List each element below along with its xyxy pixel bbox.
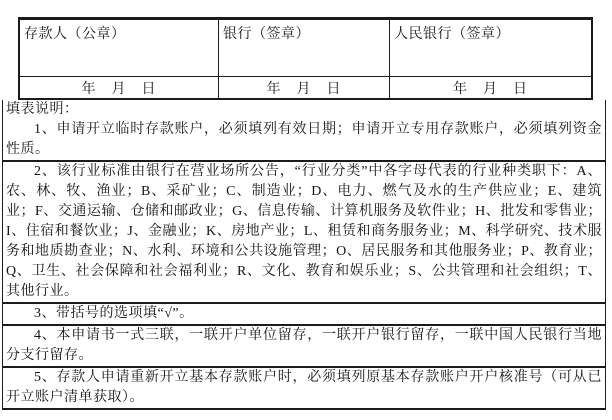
instructions-row-3: 3、带括号的选项填“√”。 — [3, 302, 605, 324]
instructions-title: 填表说明： — [6, 100, 602, 120]
signature-col-depositor: 存款人（公章） 年 月 日 — [20, 20, 219, 98]
instructions-row-4: 4、本申请书一式三联，一联开户单位留存，一联开户银行留存，一联中国人民银行当地分… — [3, 324, 605, 366]
bank-account-application-form: 存款人（公章） 年 月 日 银行（签章） 年 月 日 人民银行（签章） 年 月 … — [0, 0, 612, 420]
bank-date-cell: 年 月 日 — [219, 77, 389, 98]
instructions-row-5: 5、存款人申请重新开立基本存款账户时，必须填列原基本存款账户开户核准号（可从已开… — [3, 366, 605, 408]
signature-col-pboc: 人民银行（签章） 年 月 日 — [390, 20, 591, 98]
instructions-row-1: 填表说明： 1、申请开立临时存款账户，必须填列有效日期；申请开立专用存款账户，必… — [3, 100, 605, 160]
instruction-item-4: 4、本申请书一式三联，一联开户单位留存，一联开户银行留存，一联中国人民银行当地分… — [6, 326, 602, 366]
pboc-seal-cell: 人民银行（签章） — [390, 20, 591, 77]
depositor-date-cell: 年 月 日 — [20, 77, 218, 98]
instruction-item-2: 2、该行业标准由银行在营业场所公告，“行业分类”中各字母代表的行业种类职下：A、… — [6, 162, 602, 302]
depositor-seal-cell: 存款人（公章） — [20, 20, 218, 77]
instructions-section: 填表说明： 1、申请开立临时存款账户，必须填列有效日期；申请开立专用存款账户，必… — [2, 100, 606, 410]
depositor-seal-label: 存款人（公章） — [24, 27, 126, 42]
instruction-item-5: 5、存款人申请重新开立基本存款账户时，必须填列原基本存款账户开户核准号（可从已开… — [6, 368, 602, 408]
instruction-item-1: 1、申请开立临时存款账户，必须填列有效日期；申请开立专用存款账户，必须填列资金性… — [6, 120, 602, 160]
pboc-seal-label: 人民银行（签章） — [394, 27, 510, 42]
bank-seal-label: 银行（签章） — [223, 27, 310, 42]
instruction-item-3: 3、带括号的选项填“√”。 — [6, 304, 602, 324]
signature-table: 存款人（公章） 年 月 日 银行（签章） 年 月 日 人民银行（签章） 年 月 … — [18, 17, 593, 100]
signature-col-bank: 银行（签章） 年 月 日 — [219, 20, 390, 98]
pboc-date-cell: 年 月 日 — [390, 77, 591, 98]
instructions-row-2: 2、该行业标准由银行在营业场所公告，“行业分类”中各字母代表的行业种类职下：A、… — [3, 160, 605, 302]
bank-seal-cell: 银行（签章） — [219, 20, 389, 77]
